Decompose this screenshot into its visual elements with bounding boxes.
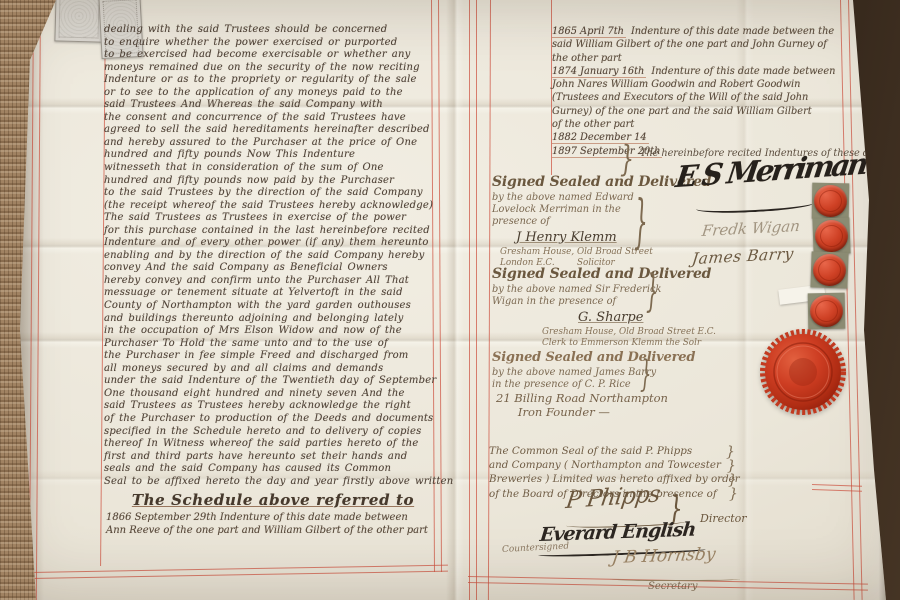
schedule-entry-text: John Nares William Goodwin and Robert Go… (552, 79, 800, 90)
handwritten-line: Gresham House, Old Broad Street E.C. (542, 327, 762, 338)
wax-seal (812, 183, 850, 220)
handwritten-line: One thousand eight hundred and ninety se… (104, 388, 442, 401)
deed-body-text: dealing with the said Trustees should be… (104, 24, 442, 488)
signature-secretary: J B Hornsby (611, 544, 717, 568)
handwritten-line: all moneys secured by and all claims and… (104, 363, 442, 376)
attestation-heading: Signed Sealed and Delivered (492, 266, 762, 282)
schedule-text: 1866 September 29th Indenture of this da… (106, 512, 451, 538)
base-line-horizontal (812, 489, 862, 492)
handwritten-line: seals and the said Company has caused it… (104, 463, 442, 476)
handwritten-line: said Trustees And Whereas the said Compa… (104, 99, 442, 112)
schedule-entry-text: Gurney) of the one part and the said Wil… (552, 106, 812, 117)
handwritten-line: The said Trustees as Trustees in exercis… (104, 212, 442, 225)
schedule-row: of the other part (552, 118, 852, 131)
handwritten-line: and buildings thereunto adjoining and be… (104, 313, 442, 326)
handwritten-line: convey And the said Company as Beneficia… (104, 262, 442, 275)
wax-seal (810, 251, 848, 288)
handwritten-line: Indenture or as to the propriety or regu… (104, 74, 442, 87)
schedule-row: said William Gilbert of the one part and… (552, 38, 852, 51)
schedule-heading: The Schedule above referred to (104, 491, 442, 509)
schedule-row: Gurney) of the one part and the said Wil… (552, 105, 852, 118)
schedule-row: 1865 April 7thIndenture of this date mad… (552, 25, 852, 38)
handwritten-line: witnesseth that in consideration of the … (104, 162, 442, 175)
handwritten-line: in the occupation of Mrs Elson Widow and… (104, 325, 442, 338)
schedule-entry-text: said William Gilbert of the one part and… (552, 39, 827, 50)
schedule-entry-text: of the other part (552, 119, 634, 130)
handwritten-line: Purchaser To Hold the same unto and to t… (104, 338, 442, 351)
handwritten-line: said Trustees as Trustees hereby acknowl… (104, 400, 442, 413)
handwritten-line: of the Purchaser to production of the De… (104, 413, 442, 426)
handwritten-line: the Purchaser in fee simple Freed and di… (104, 350, 442, 363)
signature-wigan: Fredk Wigan (701, 217, 801, 240)
margin-line-vertical (476, 0, 477, 600)
handwritten-line: first and third parts have hereunto set … (104, 451, 442, 464)
document-photo: dealing with the said Trustees should be… (0, 0, 900, 600)
margin-line-vertical (488, 0, 491, 600)
handwritten-line: specified in the Schedule hereto and to … (104, 426, 442, 439)
handwritten-line: to the said Trustees by the direction of… (104, 187, 442, 200)
schedule-row: John Nares William Goodwin and Robert Go… (552, 78, 852, 91)
schedule-row: the other part (552, 52, 852, 65)
handwritten-line: messuage or tenement situate at Yelverto… (104, 287, 442, 300)
handwritten-line: Seal to be affixed hereto the day and ye… (104, 476, 442, 489)
handwritten-line: enabling and by the direction of the sai… (104, 250, 442, 263)
fold-crease (446, 0, 464, 600)
handwritten-line: and hereby assured to the Purchaser at t… (104, 137, 442, 150)
schedule-entry-text: Indenture of this date made between (651, 66, 835, 77)
attestation-block-barry: Signed Sealed and Delivered by the above… (492, 350, 762, 419)
schedule-of-deeds: 1865 April 7thIndenture of this date mad… (552, 25, 852, 158)
handwritten-line: hundred and fifty pounds now paid by the… (104, 175, 442, 188)
handwritten-line: dealing with the said Trustees should be… (104, 24, 442, 37)
wax-blob (814, 219, 848, 252)
schedule-row: (Trustees and Executors of the Will of t… (552, 91, 852, 104)
base-line-horizontal (812, 484, 862, 487)
handwritten-line: Indenture and of every other power (if a… (104, 237, 442, 250)
handwritten-line: Iron Founder — (496, 405, 762, 419)
schedule-row: 1882 December 14 (552, 131, 852, 144)
stamp-engraving (58, 0, 99, 39)
secretary-label: Secretary (648, 581, 697, 592)
attestation-lines: by the above named Sir FrederickWigan in… (492, 284, 762, 308)
schedule-entry-text: Indenture of this date made between the (631, 26, 834, 37)
margin-line-vertical (36, 0, 41, 600)
handwritten-line: by the above named James Barry (492, 367, 762, 379)
handwritten-line: in the presence of C. P. Rice (492, 379, 762, 391)
handwritten-line: to enquire whether the power exercised o… (104, 37, 442, 50)
wax-blob (810, 295, 844, 328)
handwritten-line: Clerk to Emmerson Klemm the Solr (542, 338, 762, 349)
handwritten-line: and Company ( Northampton and Towcester (489, 458, 739, 472)
handwritten-line: moneys remained due on the security of t… (104, 62, 442, 75)
indenture-paper: dealing with the said Trustees should be… (0, 0, 900, 600)
margin-line-vertical (469, 0, 470, 600)
schedule-row: 1874 January 16thIndenture of this date … (552, 65, 852, 78)
paper-edge-shadow (866, 0, 894, 600)
handwritten-line: Wigan in the presence of (492, 296, 762, 308)
handwritten-line: under the said Indenture of the Twentiet… (104, 375, 442, 388)
wax-blob (814, 185, 848, 218)
wax-blob (812, 253, 846, 286)
handwritten-line: 1866 September 29th Indenture of this da… (106, 512, 451, 525)
handwritten-line: Ann Reeve of the one part and William Gi… (106, 525, 451, 538)
handwritten-line: agreed to sell the said hereditaments he… (104, 124, 442, 137)
witness-signature: G. Sharpe (578, 310, 762, 325)
handwritten-line: the consent and concurrence of the said … (104, 112, 442, 125)
company-wax-seal (757, 326, 849, 418)
schedule-date: 1882 December 14 (552, 132, 649, 144)
schedule-entry-text: (Trustees and Executors of the Will of t… (552, 92, 808, 103)
handwritten-line: (the receipt whereof the said Trustees h… (104, 200, 442, 213)
schedule-date: 1865 April 7th (552, 26, 626, 38)
attestation-lines: by the above named James Barryin the pre… (492, 367, 762, 391)
witness-address: Gresham House, Old Broad Street E.C.Cler… (492, 327, 762, 349)
witness-address: 21 Billing Road Northampton Iron Founder… (492, 391, 762, 419)
schedule-entry-text: the other part (552, 53, 622, 64)
signature-director-phipps: P Phipps (564, 481, 661, 514)
handwritten-line: 21 Billing Road Northampton (496, 391, 762, 405)
base-line-horizontal (28, 571, 448, 579)
handwritten-line: thereof In Witness whereof the said part… (104, 438, 442, 451)
handwritten-line: by the above named Sir Frederick (492, 284, 762, 296)
attestation-block-wigan: Signed Sealed and Delivered by the above… (492, 266, 762, 349)
handwritten-line: for this purchase contained in the last … (104, 225, 442, 238)
attestation-heading: Signed Sealed and Delivered (492, 350, 762, 365)
schedule-date: 1874 January 16th (552, 66, 646, 78)
director-label: Director (700, 512, 747, 525)
handwritten-line: The Common Seal of the said P. Phipps (489, 444, 739, 458)
embossed-revenue-stamp (54, 0, 103, 43)
handwritten-line: County of Northampton with the yard gard… (104, 300, 442, 313)
handwritten-line: to be exercised had become exercisable o… (104, 49, 442, 62)
handwritten-line: hundred and fifty pounds Now This Indent… (104, 149, 442, 162)
handwritten-line: hereby convey and confirm unto the Purch… (104, 275, 442, 288)
wax-seal (812, 217, 850, 254)
wax-seal (808, 293, 846, 330)
handwritten-line: or to see to the application of any mone… (104, 87, 442, 100)
